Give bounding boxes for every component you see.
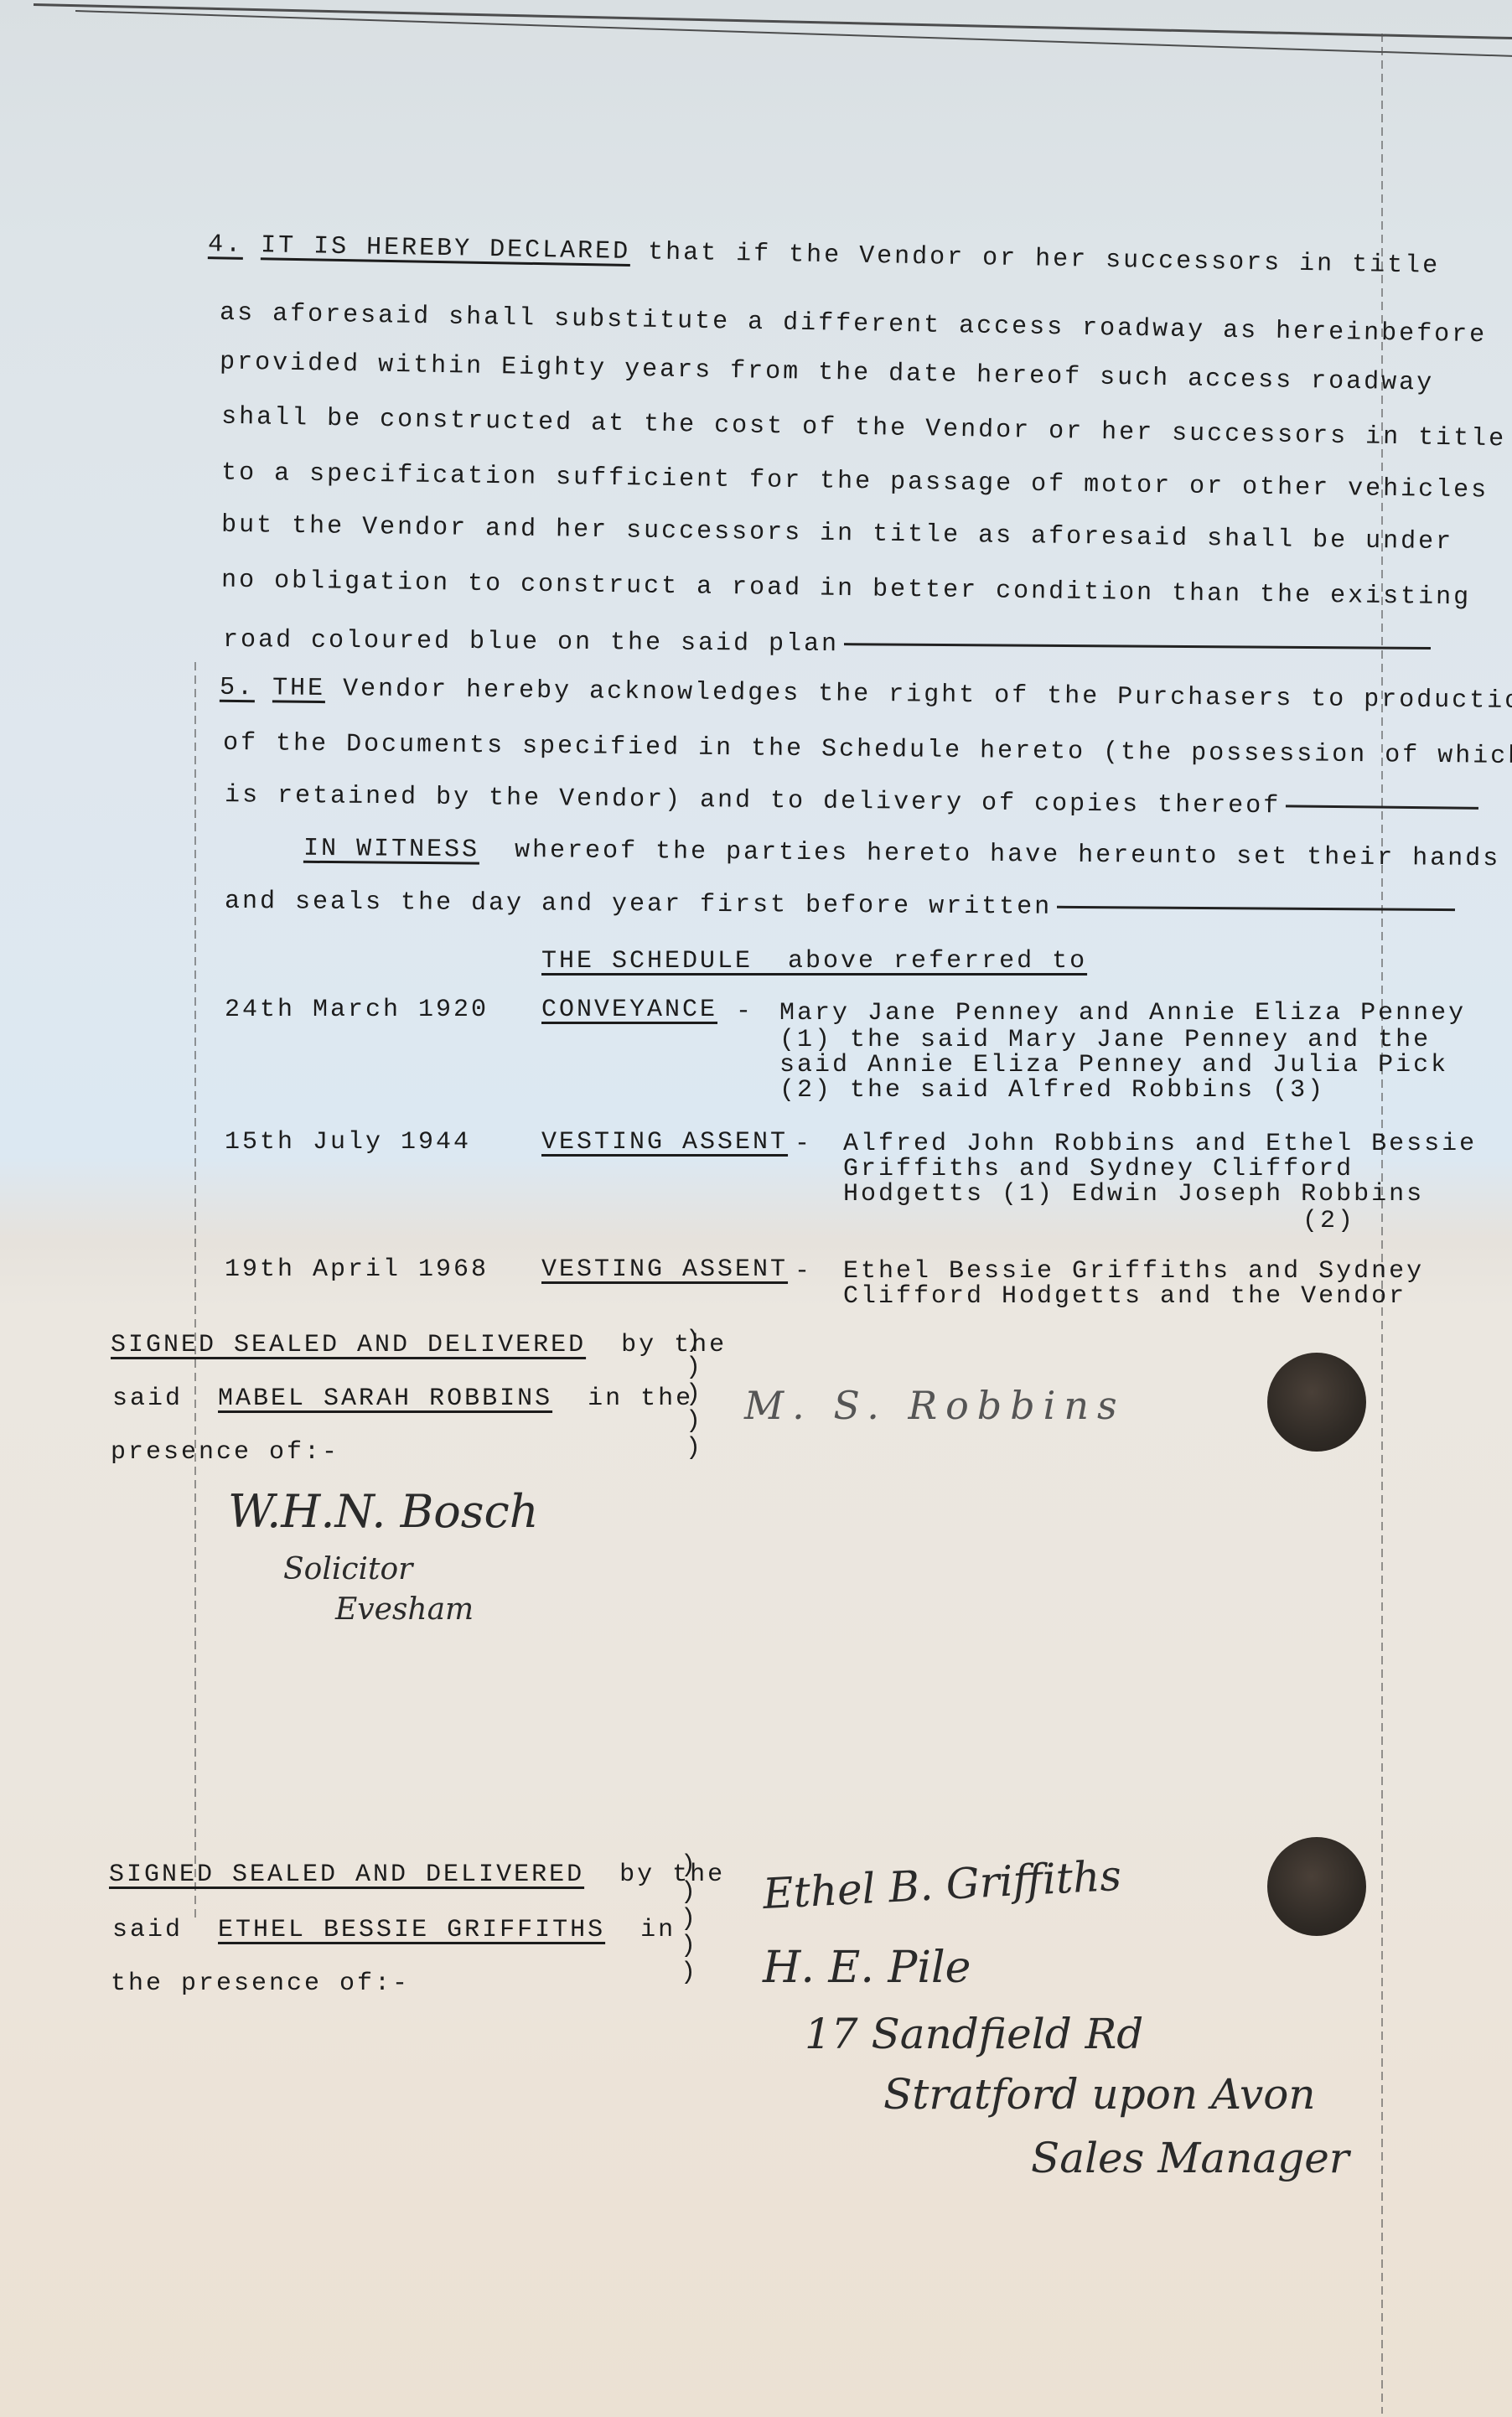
schedule-entry-3-type: VESTING ASSENT	[541, 1255, 788, 1284]
line-filler-rule	[1057, 905, 1455, 910]
schedule-entry-1-parties-3: said Annie Eliza Penney and Julia Pick	[779, 1051, 1448, 1079]
attestation-1-by-the: by the	[621, 1331, 727, 1359]
attestation-2-said: said	[112, 1916, 183, 1944]
schedule-entry-1-dash: -	[736, 997, 753, 1026]
clause-4-line-3: provided within Eighty years from the da…	[220, 348, 1435, 397]
wax-seal-1	[1267, 1353, 1366, 1452]
attestation-1-line-1: SIGNED SEALED AND DELIVERED by the	[111, 1331, 727, 1359]
clause-4-heading: IT IS HEREBY DECLARED	[261, 231, 631, 267]
clause-4-number: 4.	[208, 230, 244, 260]
witness-line-2: and seals the day and year first before …	[225, 888, 1455, 924]
schedule-entry-2-parties-2: Griffiths and Sydney Clifford	[843, 1155, 1354, 1183]
schedule-title: THE SCHEDULE above referred to	[541, 947, 1087, 976]
clause-4-line-1: 4. IT IS HEREBY DECLARED that if the Ven…	[208, 230, 1441, 281]
schedule-entry-2-dash: -	[795, 1130, 812, 1158]
top-edge-rule	[34, 3, 1512, 39]
clause-4-line-7: no obligation to construct a road in bet…	[221, 567, 1472, 613]
attestation-2-by-the: by the	[619, 1861, 725, 1889]
attestation-1-witness-line-2: Solicitor	[283, 1552, 412, 1586]
clause-5-line-3: is retained by the Vendor) and to delive…	[225, 781, 1478, 823]
attestation-1-witness-line-1: W.H.N. Bosch	[228, 1485, 539, 1538]
attestation-1-heading: SIGNED SEALED AND DELIVERED	[111, 1331, 586, 1359]
attestation-2-witness-line-1: H. E. Pile	[763, 1943, 971, 1993]
clause-5-number: 5.	[220, 674, 255, 702]
attestation-2-name: ETHEL BESSIE GRIFFITHS	[218, 1916, 605, 1944]
clause-4-line-5: to a specification sufficient for the pa…	[221, 458, 1489, 505]
attestation-1-bracket: ) ) ) ) )	[686, 1328, 701, 1462]
schedule-entry-1-parties-2: (1) the said Mary Jane Penney and the	[779, 1026, 1431, 1054]
schedule-entry-3-parties-2: Clifford Hodgetts and the Vendor	[843, 1282, 1406, 1311]
witness-heading: IN WITNESS	[303, 835, 479, 865]
witness-line-1: IN WITNESS whereof the parties hereto ha…	[303, 835, 1500, 873]
attestation-1-signature: M. S. Robbins	[744, 1383, 1126, 1428]
attestation-2-line-1: SIGNED SEALED AND DELIVERED by the	[109, 1861, 725, 1889]
attestation-2-witness-line-4: Sales Manager	[1031, 2134, 1349, 2182]
attestation-2-bracket: ) ) ) ) )	[681, 1852, 696, 1986]
attestation-2-witness-line-3: Stratford upon Avon	[883, 2070, 1316, 2119]
attestation-2-signature: Ethel B. Griffiths	[762, 1851, 1122, 1918]
attestation-1-line-2: said MABEL SARAH ROBBINS in the	[112, 1384, 693, 1413]
clause-5-line-2: of the Documents specified in the Schedu…	[223, 729, 1512, 771]
schedule-entry-2-parties-1: Alfred John Robbins and Ethel Bessie	[843, 1130, 1477, 1158]
schedule-entry-2-parties-4: (2)	[1302, 1207, 1355, 1235]
clause-4-text: that if the Vendor or her successors in …	[648, 238, 1441, 280]
clause-4-line-8: road coloured blue on the said plan	[223, 626, 1431, 663]
clause-5-text-end: is retained by the Vendor) and to delive…	[225, 781, 1281, 820]
clause-4-line-6: but the Vendor and her successors in tit…	[221, 511, 1454, 557]
attestation-1-said: said	[112, 1384, 183, 1413]
clause-5-heading: THE	[272, 674, 325, 703]
clause-5-text: Vendor hereby acknowledges the right of …	[343, 675, 1512, 716]
attestation-2-heading: SIGNED SEALED AND DELIVERED	[109, 1861, 584, 1889]
attestation-2-line-2: said ETHEL BESSIE GRIFFITHS in	[112, 1916, 676, 1944]
witness-text-end: and seals the day and year first before …	[225, 888, 1052, 922]
attestation-1-presence: presence of:-	[111, 1438, 339, 1467]
schedule-entry-3-date: 19th April 1968	[225, 1255, 489, 1284]
attestation-2-witness-line-2: 17 Sandfield Rd	[805, 2010, 1143, 2058]
schedule-entry-3-dash: -	[795, 1257, 812, 1286]
schedule-entry-2-type: VESTING ASSENT	[541, 1128, 788, 1157]
witness-text: whereof the parties hereto have hereunto…	[515, 836, 1500, 873]
clause-4-line-4: shall be constructed at the cost of the …	[221, 403, 1507, 454]
attestation-1-witness-line-3: Evesham	[335, 1592, 474, 1627]
schedule-entry-1-type: CONVEYANCE	[541, 996, 717, 1024]
attestation-2-in: in	[640, 1916, 676, 1944]
attestation-2-presence: the presence of:-	[111, 1969, 410, 1998]
schedule-entry-1-parties-1: Mary Jane Penney and Annie Eliza Penney	[779, 999, 1466, 1027]
schedule-entry-2-date: 15th July 1944	[225, 1128, 471, 1157]
attestation-1-name: MABEL SARAH ROBBINS	[218, 1384, 552, 1413]
left-margin-rule	[194, 662, 196, 1919]
schedule-entry-3-parties-1: Ethel Bessie Griffiths and Sydney	[843, 1257, 1424, 1286]
line-filler-rule	[1286, 805, 1478, 809]
schedule-entry-2-parties-3: Hodgetts (1) Edwin Joseph Robbins	[843, 1180, 1424, 1208]
schedule-entry-1-date: 24th March 1920	[225, 996, 489, 1024]
clause-5-line-1: 5. THE Vendor hereby acknowledges the ri…	[220, 674, 1512, 716]
wax-seal-2	[1267, 1837, 1366, 1936]
clause-4-line-2: as aforesaid shall substitute a differen…	[220, 299, 1488, 349]
clause-4-text-end: road coloured blue on the said plan	[223, 626, 839, 659]
schedule-entry-1-parties-4: (2) the said Alfred Robbins (3)	[779, 1076, 1325, 1105]
deed-page: 4. IT IS HEREBY DECLARED that if the Ven…	[0, 0, 1512, 2417]
line-filler-rule	[844, 643, 1431, 650]
attestation-1-in-the: in the	[588, 1384, 693, 1413]
